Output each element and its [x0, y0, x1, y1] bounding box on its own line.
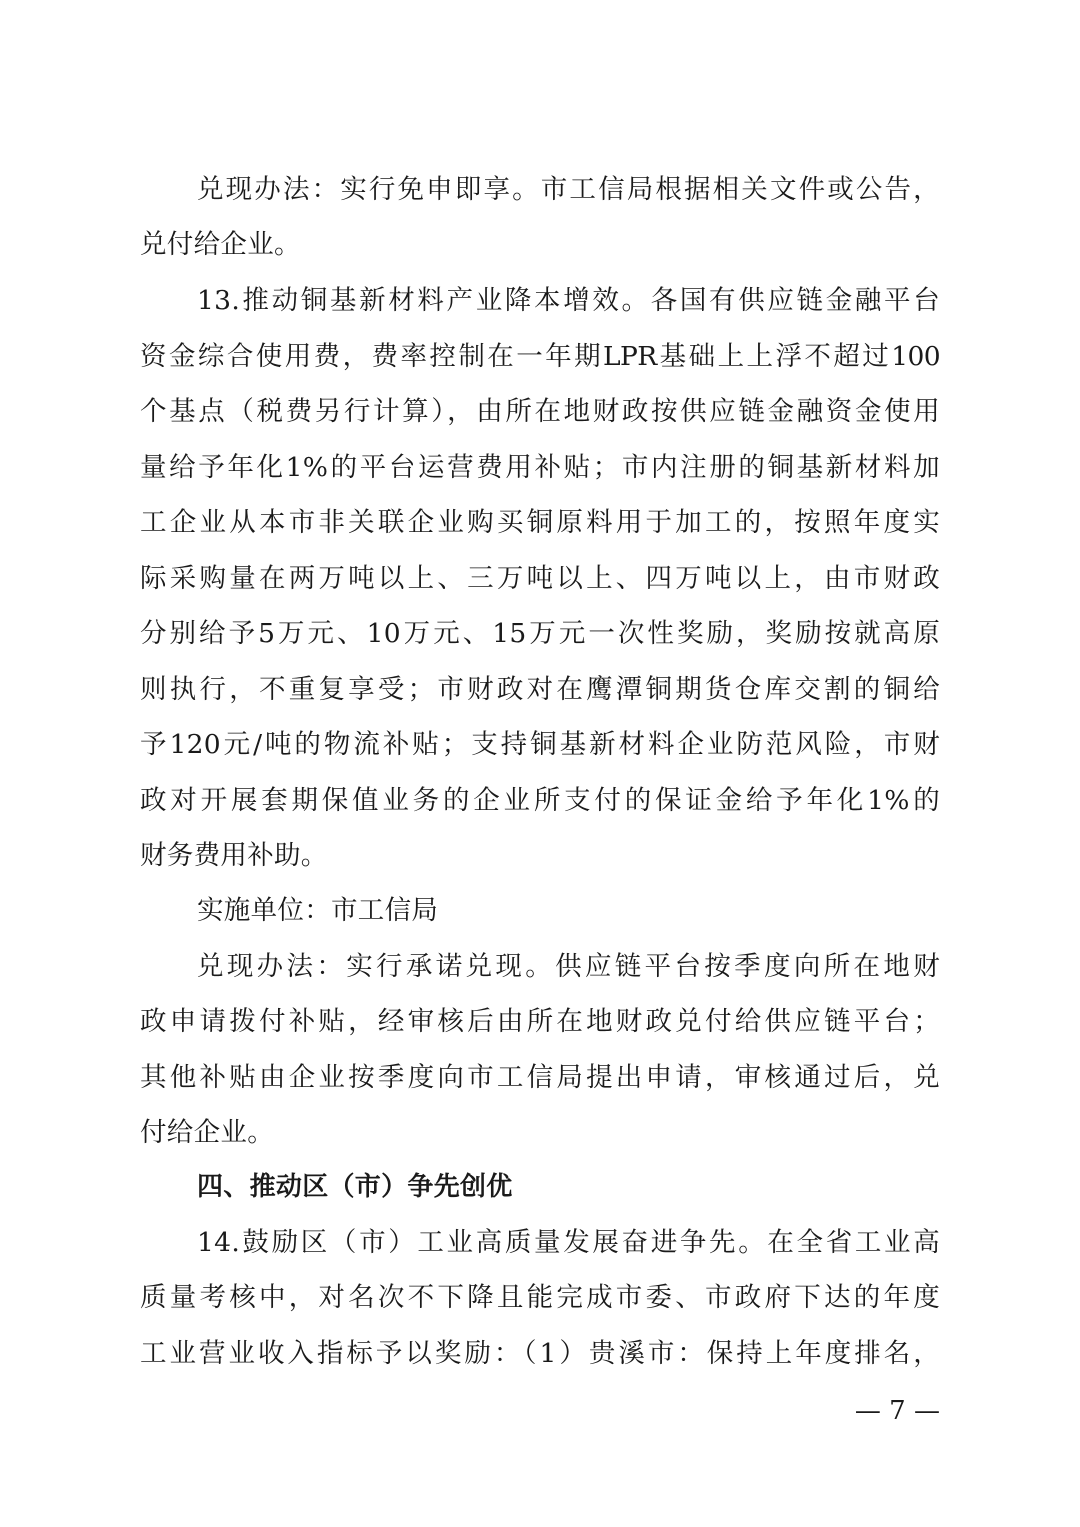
redemption-method-2-line: 政申请拨付补贴，经审核后由所在地财政兑付给供应链平台；: [140, 1002, 940, 1042]
page-number: — 7 —: [840, 1391, 940, 1431]
item-14-line: 质量考核中，对名次不下降且能完成市委、市政府下达的年度: [140, 1278, 940, 1318]
section-four-heading: 四、推动区（市）争先创优: [197, 1167, 797, 1207]
document-page: 兑现办法：实行免申即享。市工信局根据相关文件或公告， 兑付给企业。 13.推动铜…: [0, 0, 1080, 1527]
redemption-method-2-line: 兑现办法：实行承诺兑现。供应链平台按季度向所在地财: [197, 947, 940, 987]
item-14-line: 工业营业收入指标予以奖励：（1）贵溪市：保持上年度排名，: [140, 1334, 940, 1374]
item-13-line: 资金综合使用费，费率控制在一年期LPR基础上上浮不超过100: [140, 337, 940, 377]
item-13-line: 则执行，不重复享受；市财政对在鹰潭铜期货仓库交割的铜给: [140, 670, 940, 710]
paragraph-line-redemption-method-1: 兑现办法：实行免申即享。市工信局根据相关文件或公告，: [197, 170, 940, 210]
item-13-line: 工企业从本市非关联企业购买铜原料用于加工的，按照年度实: [140, 503, 940, 543]
redemption-method-2-line-end: 付给企业。: [140, 1113, 940, 1153]
redemption-method-2-line: 其他补贴由企业按季度向市工信局提出申请，审核通过后，兑: [140, 1058, 940, 1098]
item-13-line: 分别给予5万元、10万元、15万元一次性奖励，奖励按就高原: [140, 614, 940, 654]
item-13-line: 量给予年化1%的平台运营费用补贴；市内注册的铜基新材料加: [140, 448, 940, 488]
item-13-title-line: 13.推动铜基新材料产业降本增效。各国有供应链金融平台: [197, 281, 940, 321]
item-13-line: 际采购量在两万吨以上、三万吨以上、四万吨以上，由市财政: [140, 559, 940, 599]
item-13-line: 政对开展套期保值业务的企业所支付的保证金给予年化1%的: [140, 781, 940, 821]
item-13-line-end: 财务费用补助。: [140, 836, 940, 876]
item-13-line: 个基点（税费另行计算），由所在地财政按供应链金融资金使用: [140, 392, 940, 432]
item-13-line: 予120元/吨的物流补贴；支持铜基新材料企业防范风险，市财: [140, 725, 940, 765]
implementing-unit-line: 实施单位：市工信局: [197, 891, 940, 931]
paragraph-line-redemption-method-1-end: 兑付给企业。: [140, 225, 940, 265]
item-14-title-line: 14.鼓励区（市）工业高质量发展奋进争先。在全省工业高: [197, 1223, 940, 1263]
